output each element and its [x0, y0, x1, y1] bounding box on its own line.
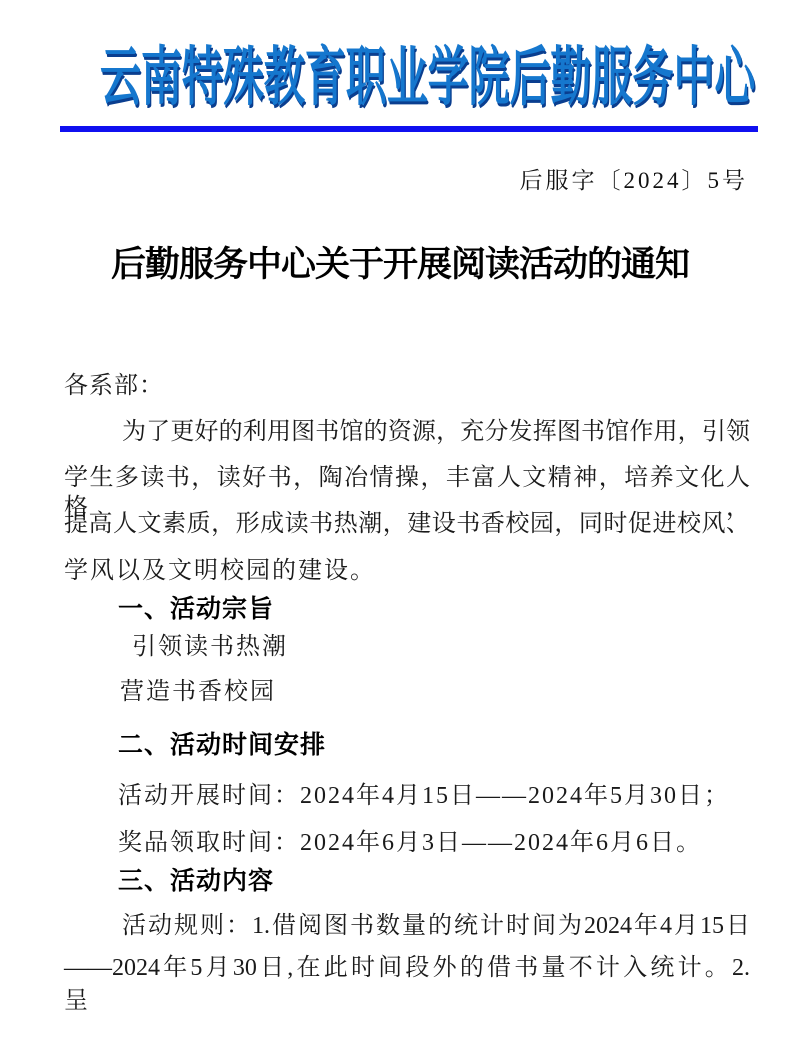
letterhead-rule — [60, 126, 758, 132]
section-2-line: 奖品领取时间：2024年6月3日——2024年6月6日。 — [64, 828, 750, 858]
intro-line: 为了更好的利用图书馆的资源，充分发挥图书馆作用，引领 — [64, 417, 750, 447]
section-3-line: 呈 — [64, 986, 750, 1016]
section-heading-2: 二、活动时间安排 — [64, 730, 750, 760]
salutation: 各系部： — [64, 371, 750, 401]
document-page: 云南特殊教育职业学院后勤服务中心 后服字〔2024〕5号 后勤服务中心关于开展阅… — [0, 0, 800, 1057]
intro-line: 提高人文素质，形成读书热潮，建设书香校园，同时促进校风、 — [64, 509, 750, 539]
section-heading-1: 一、活动宗旨 — [64, 594, 750, 624]
section-1-line: 营造书香校园 — [64, 677, 750, 707]
section-3-line: 活动规则：1.借阅图书数量的统计时间为2024年4月15日 — [64, 911, 750, 941]
section-heading-3: 三、活动内容 — [64, 866, 750, 896]
section-1-line: 引领读书热潮 — [64, 632, 750, 662]
letterhead-org-name: 云南特殊教育职业学院后勤服务中心 — [100, 45, 755, 111]
doc-number: 后服字〔2024〕5号 — [520, 162, 749, 195]
document-title: 后勤服务中心关于开展阅读活动的通知 — [0, 237, 800, 287]
intro-line: 学风以及文明校园的建设。 — [64, 556, 750, 586]
section-2-line: 活动开展时间：2024年4月15日——2024年5月30日； — [64, 781, 750, 811]
section-3-line: ——2024年5月30日,在此时间段外的借书量不计入统计。2. — [64, 953, 750, 983]
